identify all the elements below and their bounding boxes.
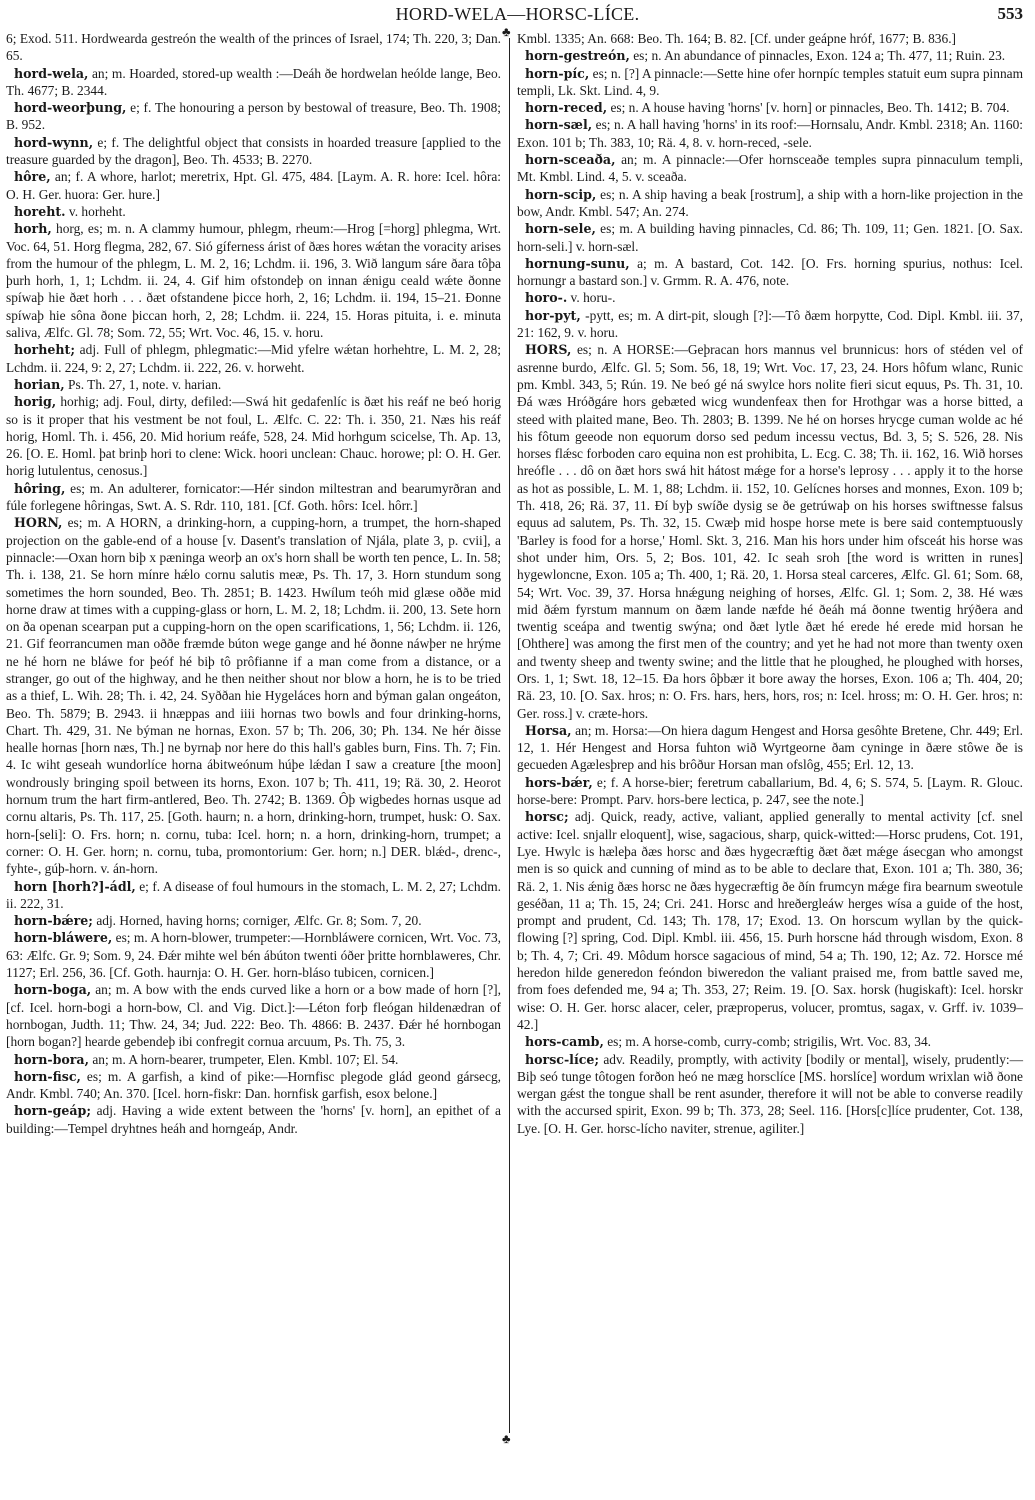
headword: horn-gestreón, (525, 48, 630, 63)
headword: horn-sceaða, (525, 152, 615, 167)
headword: hôre, (14, 169, 51, 184)
headword: hord-wela, (14, 66, 88, 81)
column-divider (509, 38, 510, 1433)
dictionary-entry: horo-. v. horu-. (517, 289, 1023, 306)
headword: hor-pyt, (525, 308, 581, 323)
dictionary-entry: horn-bláwere, es; m. A horn-blower, trum… (6, 929, 501, 981)
dictionary-entry: horn-scip, es; n. A ship having a beak [… (517, 186, 1023, 221)
right-column: Kmbl. 1335; An. 668: Beo. Th. 164; B. 82… (517, 30, 1023, 1137)
entry-text: e; f. A horse-bier; feretrum caballarium… (517, 775, 1023, 807)
entry-text: -pytt, es; m. A dirt-pit, slough [?]:—Tô… (517, 308, 1023, 340)
dictionary-entry: HORS, es; n. A HORSE:—Geþracan hors mann… (517, 341, 1023, 722)
entry-text: es; n. A HORSE:—Geþracan hors mannus vel… (517, 342, 1023, 720)
headword: horeht. (14, 204, 66, 219)
dictionary-entry: 6; Exod. 511. Hordwearda gestreón the we… (6, 30, 501, 65)
entry-text: v. horheht. (66, 204, 126, 219)
headword: horn-sæl, (525, 117, 592, 132)
headword: horn-bǽre; (14, 913, 93, 928)
headword: horn-fisc, (14, 1069, 81, 1084)
headword: horheht; (14, 342, 75, 357)
headword: horn-reced, (525, 100, 607, 115)
entry-text: es; n. [?] A pinnacle:—Sette hine ofer h… (517, 66, 1023, 98)
dictionary-entry: Kmbl. 1335; An. 668: Beo. Th. 164; B. 82… (517, 30, 1023, 47)
entry-text: an; f. A whore, harlot; meretrix, Hpt. G… (6, 169, 501, 201)
headword: horn-boga, (14, 982, 91, 997)
dictionary-entry: horig, horhig; adj. Foul, dirty, defiled… (6, 393, 501, 479)
dictionary-entry: hors-camb, es; m. A horse-comb, curry-co… (517, 1033, 1023, 1050)
dictionary-entry: hord-wynn, e; f. The delightful object t… (6, 134, 501, 169)
dictionary-entry: horn-píc, es; n. [?] A pinnacle:—Sette h… (517, 65, 1023, 100)
dictionary-entry: hôring, es; m. An adulterer, fornicator:… (6, 480, 501, 515)
entry-text: es; m. A HORN, a drinking-horn, a cuppin… (6, 515, 501, 876)
page-header: HORD-WELA—HORSC-LÍCE. 553 (0, 4, 1035, 26)
headword: horsc; (525, 809, 569, 824)
dictionary-entry: hornung-sunu, a; m. A bastard, Cot. 142.… (517, 255, 1023, 290)
dictionary-entry: horheht; adj. Full of phlegm, phlegmatic… (6, 341, 501, 376)
headword: horn [horh?]-ádl, (14, 879, 136, 894)
dictionary-entry: HORN, es; m. A HORN, a drinking-horn, a … (6, 514, 501, 877)
entry-text: horhig; adj. Foul, dirty, defiled:—Swá h… (6, 394, 501, 478)
dictionary-entry: horn [horh?]-ádl, e; f. A disease of fou… (6, 878, 501, 913)
entry-text: es; m. A horse-comb, curry-comb; strigil… (604, 1034, 931, 1049)
running-title: HORD-WELA—HORSC-LÍCE. (0, 4, 1035, 25)
dictionary-entry: hord-wela, an; m. Hoarded, stored-up wea… (6, 65, 501, 100)
entry-text: horg, es; m. n. A clammy humour, phlegm,… (6, 221, 501, 340)
entry-text: Ps. Th. 27, 1, note. v. harian. (65, 377, 222, 392)
headword: hornung-sunu, (525, 256, 630, 271)
dictionary-entry: hôre, an; f. A whore, harlot; meretrix, … (6, 168, 501, 203)
headword: horh, (14, 221, 52, 236)
headword: hôring, (14, 481, 65, 496)
entry-text: es; m. A garfish, a kind of pike:—Hornfi… (6, 1069, 501, 1101)
dictionary-entry: horn-bǽre; adj. Horned, having horns; co… (6, 912, 501, 929)
headword: HORS, (525, 342, 571, 357)
dictionary-entry: horsc-líce; adv. Readily, promptly, with… (517, 1051, 1023, 1137)
entry-text: es; n. A hall having 'horns' in its roof… (517, 117, 1023, 149)
headword: hors-camb, (525, 1034, 604, 1049)
dictionary-entry: horsc; adj. Quick, ready, active, valian… (517, 808, 1023, 1033)
dictionary-entry: hors-bǽr, e; f. A horse-bier; feretrum c… (517, 774, 1023, 809)
headword: hord-weorþung, (14, 100, 126, 115)
dictionary-entry: horn-sele, es; m. A building having pinn… (517, 220, 1023, 255)
page-number: 553 (998, 4, 1024, 24)
headword: horo-. (525, 290, 567, 305)
headword: horn-bláwere, (14, 930, 112, 945)
entry-text: Kmbl. 1335; An. 668: Beo. Th. 164; B. 82… (517, 31, 956, 46)
dictionary-entry: horn-fisc, es; m. A garfish, a kind of p… (6, 1068, 501, 1103)
dictionary-entry: horn-sceaða, an; m. A pinnacle:—Ofer hor… (517, 151, 1023, 186)
headword: horn-scip, (525, 187, 596, 202)
column-ornament-top-icon: ♣ (502, 25, 511, 38)
dictionary-entry: horian, Ps. Th. 27, 1, note. v. harian. (6, 376, 501, 393)
entry-text: an; m. Horsa:—On hiera dagum Hengest and… (517, 723, 1023, 773)
headword: Horsa, (525, 723, 572, 738)
column-ornament-bottom-icon: ♣ (502, 1432, 511, 1445)
dictionary-entry: horn-reced, es; n. A house having 'horns… (517, 99, 1023, 116)
headword: horn-píc, (525, 66, 589, 81)
headword: horig, (14, 394, 56, 409)
dictionary-entry: horh, horg, es; m. n. A clammy humour, p… (6, 220, 501, 341)
dictionary-entry: horn-geáp; adj. Having a wide extent bet… (6, 1102, 501, 1137)
dictionary-entry: hor-pyt, -pytt, es; m. A dirt-pit, sloug… (517, 307, 1023, 342)
dictionary-entry: horn-gestreón, es; n. An abundance of pi… (517, 47, 1023, 64)
headword: horn-geáp; (14, 1103, 91, 1118)
entry-text: adj. Full of phlegm, phlegmatic:—Mid yfe… (6, 342, 501, 374)
headword: horsc-líce; (525, 1052, 599, 1067)
entry-text: es; n. A house having 'horns' [v. horn] … (607, 100, 1009, 115)
entry-text: es; n. An abundance of pinnacles, Exon. … (630, 48, 1005, 63)
entry-text: adj. Quick, ready, active, valiant, appl… (517, 809, 1023, 1032)
headword: hord-wynn, (14, 135, 93, 150)
entry-text: 6; Exod. 511. Hordwearda gestreón the we… (6, 31, 501, 63)
entry-text: v. horu-. (567, 290, 615, 305)
dictionary-entry: horn-boga, an; m. A bow with the ends cu… (6, 981, 501, 1050)
dictionary-entry: horn-sæl, es; n. A hall having 'horns' i… (517, 116, 1023, 151)
headword: horn-bora, (14, 1052, 89, 1067)
dictionary-entry: horn-bora, an; m. A horn-bearer, trumpet… (6, 1051, 501, 1068)
headword: HORN, (14, 515, 62, 530)
headword: hors-bǽr, (525, 775, 593, 790)
dictionary-entry: hord-weorþung, e; f. The honouring a per… (6, 99, 501, 134)
dictionary-entry: horeht. v. horheht. (6, 203, 501, 220)
headword: horian, (14, 377, 65, 392)
left-column: 6; Exod. 511. Hordwearda gestreón the we… (6, 30, 501, 1137)
entry-text: adj. Horned, having horns; corniger, Ælf… (93, 913, 422, 928)
entry-text: an; m. A horn-bearer, trumpeter, Elen. K… (89, 1052, 398, 1067)
dictionary-entry: Horsa, an; m. Horsa:—On hiera dagum Heng… (517, 722, 1023, 774)
entry-text: es; m. An adulterer, fornicator:—Hér sin… (6, 481, 501, 513)
headword: horn-sele, (525, 221, 596, 236)
